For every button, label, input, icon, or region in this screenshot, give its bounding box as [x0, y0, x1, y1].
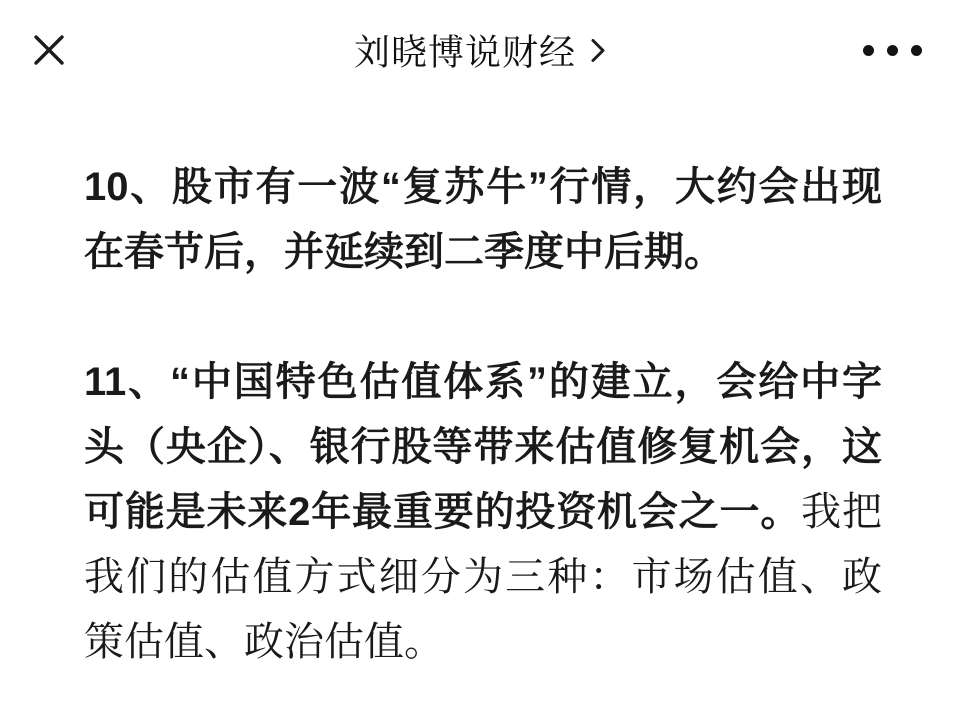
article-body: 10、股市有一波“复苏牛”行情，大约会出现在春节后，并延续到二季度中后期。 11… [0, 100, 960, 675]
more-ellipsis-icon [887, 45, 898, 56]
more-ellipsis-icon [911, 45, 922, 56]
close-icon [30, 31, 68, 69]
paragraph-point-11: 11、“中国特色估值体系”的建立，会给中字头（央企）、银行股等带来估值修复机会，… [84, 350, 882, 675]
more-ellipsis-icon [863, 45, 874, 56]
close-button[interactable] [26, 27, 72, 73]
paragraph-point-11-bold-text: 11、“中国特色估值体系”的建立，会给中字头（央企）、银行股等带来估值修复机会，… [84, 360, 882, 534]
paragraph-point-10: 10、股市有一波“复苏牛”行情，大约会出现在春节后，并延续到二季度中后期。 [84, 155, 882, 285]
top-bar: 刘晓博说财经 [0, 0, 960, 100]
more-button[interactable] [859, 41, 934, 60]
chevron-right-icon [590, 36, 606, 64]
wechat-article-view: 刘晓博说财经 10、股市有一波“复苏牛”行情，大约会出现在春节后，并延续到二季度… [0, 0, 960, 709]
account-title-button[interactable]: 刘晓博说财经 [354, 25, 606, 76]
paragraph-point-10-bold-text: 10、股市有一波“复苏牛”行情，大约会出现在春节后，并延续到二季度中后期。 [84, 165, 882, 274]
account-name: 刘晓博说财经 [354, 25, 576, 76]
